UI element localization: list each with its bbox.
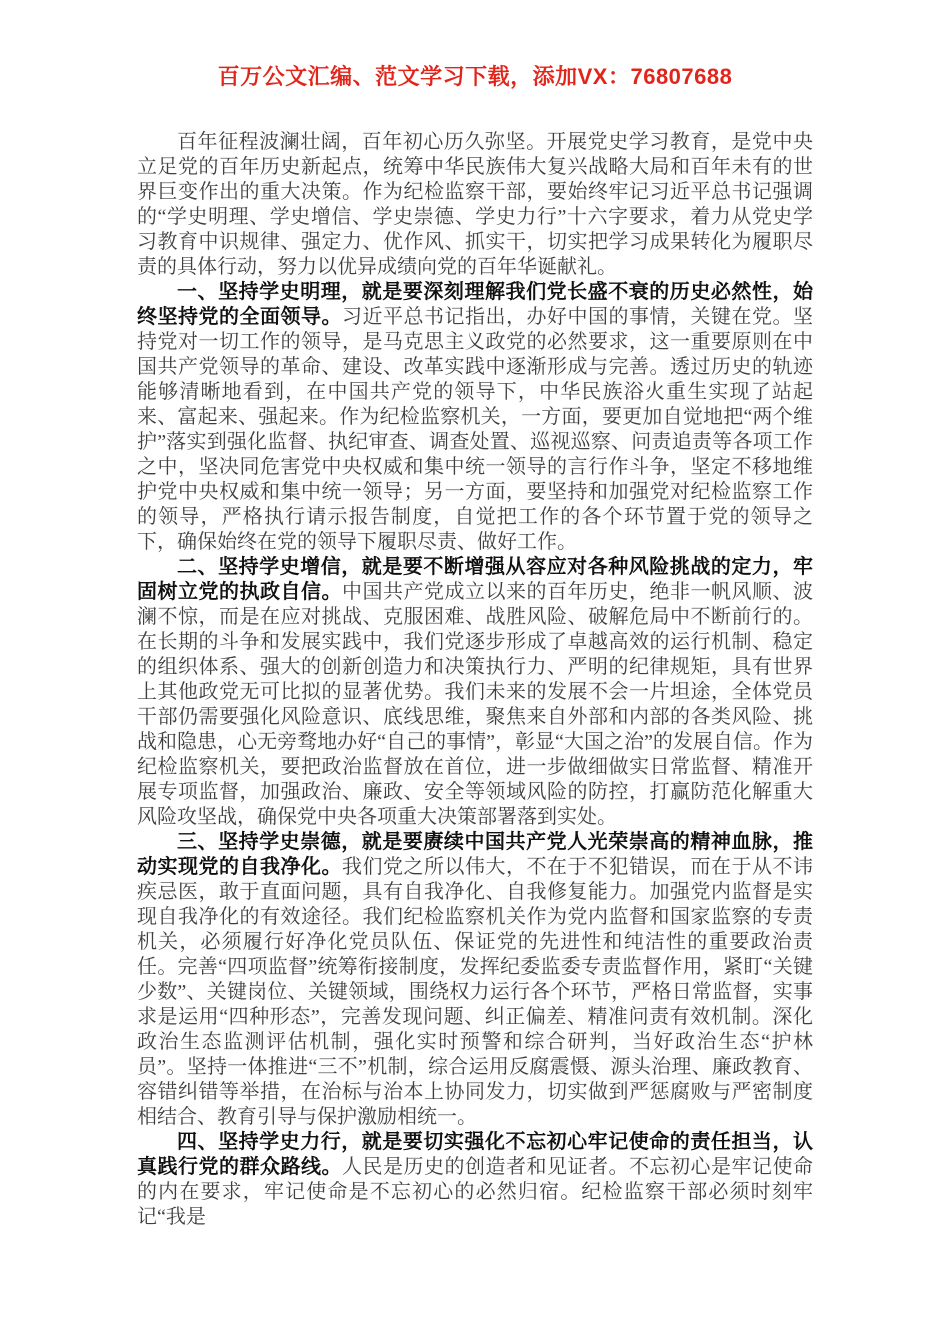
paragraph-intro: 百年征程波澜壮阔，百年初心历久弥坚。开展党史学习教育，是党中央立足党的百年历史新… (137, 130, 813, 280)
paragraph-point-3: 三、坚持学史崇德，就是要赓续中国共产党人光荣崇高的精神血脉，推动实现党的自我净化… (137, 830, 813, 1130)
paragraph-text: 习近平总书记指出，办好中国的事情，关键在党。坚持党对一切工作的领导，是马克思主义… (137, 306, 813, 553)
paragraph-text: 我们党之所以伟大，不在于不犯错误，而在于从不讳疾忌医，敢于直面问题，具有自我净化… (137, 856, 813, 1128)
paragraph-point-4: 四、坚持学史力行，就是要切实强化不忘初心牢记使命的责任担当，认真践行党的群众路线… (137, 1130, 813, 1230)
paragraph-text: 百年征程波澜壮阔，百年初心历久弥坚。开展党史学习教育，是党中央立足党的百年历史新… (137, 131, 813, 278)
paragraph-point-2: 二、坚持学史增信，就是要不断增强从容应对各种风险挑战的定力，牢固树立党的执政自信… (137, 555, 813, 830)
paragraph-text: 中国共产党成立以来的百年历史，绝非一帆风顺、波澜不惊，而是在应对挑战、克服困难、… (137, 581, 813, 828)
document-body: 百年征程波澜壮阔，百年初心历久弥坚。开展党史学习教育，是党中央立足党的百年历史新… (137, 130, 813, 1230)
paragraph-point-1: 一、坚持学史明理，就是要深刻理解我们党长盛不衰的历史必然性，始终坚持党的全面领导… (137, 280, 813, 555)
ad-banner-text: 百万公文汇编、范文学习下载，添加VX：76807688 (0, 0, 950, 94)
document-page: 百万公文汇编、范文学习下载，添加VX：76807688 百年征程波澜壮阔，百年初… (0, 0, 950, 1344)
